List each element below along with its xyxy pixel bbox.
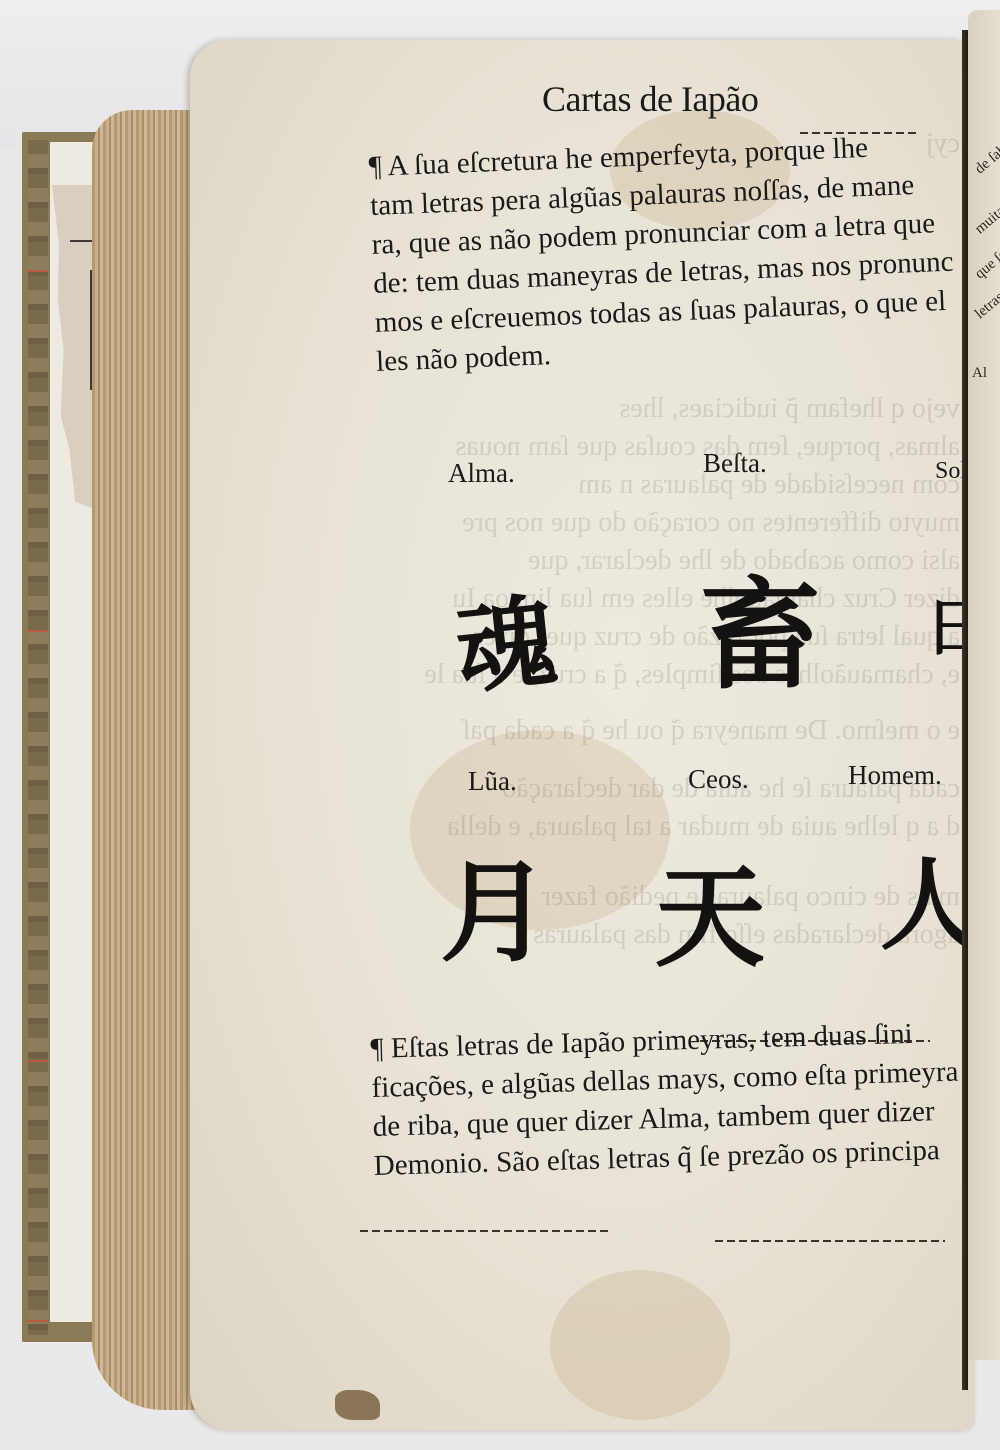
rule-below-paragraph — [360, 1230, 610, 1232]
ghost-line: e, chamauãolhes aos ſimples, q̃ a cruz, … — [360, 656, 960, 694]
label-homem: Homem. — [848, 760, 942, 791]
manuscript-binding-strip — [28, 140, 48, 1335]
facing-page-edge: de ſabe muitas que ſe p letras Al — [968, 10, 1000, 1360]
label-besta: Beſta. — [703, 448, 767, 479]
ghost-line: a qual letra ſua por rezão de cruz quer … — [360, 618, 960, 656]
paragraph-writing-system: ¶ A ſua eſcretura he emperfeyta, porque … — [368, 126, 957, 382]
facing-text: letras — [972, 289, 1000, 323]
rule-below-paragraph — [715, 1240, 945, 1242]
facing-text: Al — [972, 365, 987, 382]
ghost-line: vejo q lhefam p̃ iudiciaes, lhes — [360, 390, 960, 428]
lua-character-icon: 月 — [440, 825, 550, 983]
label-alma: Alma. — [448, 458, 515, 489]
paragraph-letters-meaning: ¶ Eſtas letras de Iapão primeyras, tem d… — [370, 1014, 961, 1186]
ghost-line: muyto differentes no coração do que nos … — [360, 504, 960, 542]
facing-text: que ſe p — [972, 239, 1000, 283]
alma-character-icon: 魂 — [448, 560, 563, 714]
ghost-line: e o meſmo. De maneyra q̃ ou he q̃ a cada… — [360, 712, 960, 750]
label-lua: Lũa. — [468, 766, 517, 797]
running-head: Cartas de Iapão — [542, 78, 758, 120]
besta-character-icon: 畜 — [700, 540, 820, 712]
label-ceos: Ceos. — [688, 764, 749, 795]
facing-text: muitas — [972, 199, 1000, 238]
ceos-character-icon: 天 — [655, 830, 765, 988]
facing-text: de ſabe — [972, 137, 1000, 178]
